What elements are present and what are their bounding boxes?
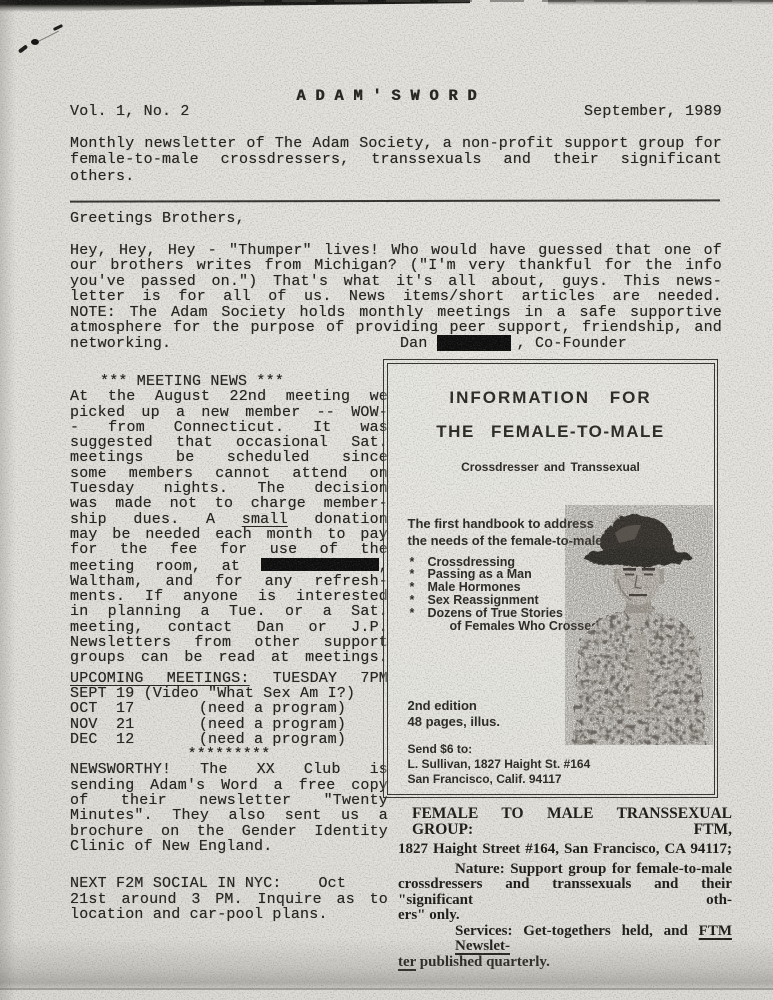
description-line: female-to-male crossdressers, transsexua… — [70, 152, 722, 168]
ad-edition-block: 2nd edition 48 pages, illus. — [408, 698, 501, 730]
handbook-ad-box: INFORMATION FOR THE FEMALE-TO-MALE Cross… — [383, 359, 718, 798]
social-line: NEXT F2M SOCIAL IN NYC: Oct — [70, 876, 388, 891]
greeting-line: atmosphere for the purpose of providing … — [70, 320, 722, 335]
news-line-redacted: meeting room, at , — [70, 558, 388, 574]
upcoming-meetings-section: UPCOMING MEETINGS: TUESDAY 7PM SEPT 19 (… — [70, 671, 388, 763]
redaction-box: , — [261, 558, 388, 575]
signature-line: networking.Dan, Co-Founder — [70, 335, 722, 351]
description-line: others. — [70, 169, 722, 185]
greeting-paragraph: Hey, Hey, Hey - "Thumper" lives! Who wou… — [70, 243, 722, 351]
newsworthy-line: sending Adam's Word a free copy — [70, 778, 388, 793]
newsworthy-line: NEWSWORTHY! The XX Club is — [70, 762, 388, 777]
greeting-line: Hey, Hey, Hey - "Thumper" lives! Who wou… — [70, 243, 722, 258]
scanned-newsletter-page: A D A M ' S W O R D Vol. 1, No. 2 Septem… — [0, 0, 773, 1000]
news-line: suggested that occasional Sat. — [70, 435, 388, 450]
ad-pages: 48 pages, illus. — [408, 714, 501, 730]
news-line: may be needed each month to pay — [70, 527, 388, 542]
news-line: meetings be scheduled since — [70, 450, 388, 465]
news-line-underlined-word: ship dues. A small donation — [70, 512, 388, 527]
news-line: groups can be read at meetings. — [70, 650, 388, 665]
ftm-group-name: FEMALE TO MALE TRANSSEXUAL GROUP: FTM, — [398, 806, 732, 837]
stars-divider: ********* — [70, 747, 388, 762]
left-column: *** MEETING NEWS *** At the August 22nd … — [70, 374, 388, 922]
pen-stroke-icon — [37, 31, 59, 43]
news-line: Waltham, and for any refresh- — [70, 574, 388, 589]
issue-row: Vol. 1, No. 2 September, 1989 — [70, 104, 722, 119]
newsworthy-section: NEWSWORTHY! The XX Club is sending Adam'… — [70, 762, 388, 854]
greeting-line: letter is for all of us. News items/shor… — [70, 289, 722, 304]
ad-order-line: L. Sullivan, 1827 Haight St. #164 — [408, 757, 591, 772]
divider-rule — [70, 199, 720, 202]
newsworthy-line: of their newsletter "Twenty — [70, 793, 388, 808]
news-line: meeting, contact Dan or J.P. — [70, 620, 388, 635]
bullet-label: Passing as a Man — [428, 567, 532, 581]
news-line: Tuesday nights. The decision — [70, 481, 388, 496]
news-line: for the fee for use of the — [70, 542, 388, 557]
news-text: meeting room, at — [70, 558, 240, 575]
signature-title: , Co-Founder — [517, 336, 627, 351]
section-heading-meeting-news: *** MEETING NEWS *** — [70, 374, 388, 389]
pen-mark-icon — [18, 44, 28, 53]
ftm-group-address: 1827 Haight Street #164, San Francisco, … — [398, 842, 732, 858]
schedule-row: NOV 21 (need a program) — [70, 717, 388, 732]
upcoming-heading: UPCOMING MEETINGS: TUESDAY 7PM — [70, 671, 388, 686]
signature-prefix: networking. — [70, 336, 171, 351]
scan-line-bottom — [0, 988, 773, 990]
ad-edition: 2nd edition — [408, 698, 501, 714]
greeting-line: our brothers writes from Michigan? ("I'm… — [70, 258, 722, 273]
bullet-label: Male Hormones — [428, 580, 521, 594]
ad-title-line1: INFORMATION FOR — [388, 388, 714, 408]
ftm-nature-line: crossdressers and transsexuals and their… — [398, 877, 732, 908]
social-line: 21st around 3 PM. Inquire as to — [70, 892, 388, 907]
scan-edge-shadow-top-right — [548, 0, 773, 5]
signature-right: Dan, Co-Founder — [400, 335, 627, 351]
news-line: picked up a new member -- WOW- — [70, 405, 388, 420]
redaction-box — [437, 335, 511, 351]
news-line: Newsletters from other support — [70, 635, 388, 650]
ad-subtitle: Crossdresser and Transsexual — [388, 460, 714, 474]
newsworthy-line: brochure on the Gender Identity — [70, 824, 388, 839]
description-line: Monthly newsletter of The Adam Society, … — [70, 136, 722, 152]
greeting-line: NOTE: The Adam Society holds monthly mee… — [70, 305, 722, 320]
news-line: in planning a Tue. or a Sat. — [70, 604, 388, 619]
schedule-row: DEC 12 (need a program) — [70, 732, 388, 747]
ad-title-line2: THE FEMALE-TO-MALE — [388, 422, 714, 442]
f2m-social-section: NEXT F2M SOCIAL IN NYC: Oct 21st around … — [70, 876, 388, 922]
bullet-label: Sex Reassignment — [428, 593, 539, 607]
ftm-nature-line: ers" only. — [398, 908, 732, 924]
volume-label: Vol. 1, No. 2 — [70, 104, 190, 119]
ad-order-block: Send $6 to: L. Sullivan, 1827 Haight St.… — [408, 742, 591, 787]
salutation: Greetings Brothers, — [70, 211, 245, 226]
signature-name: Dan — [400, 336, 428, 351]
scan-shadow-bottom — [0, 938, 773, 990]
newsletter-description: Monthly newsletter of The Adam Society, … — [70, 136, 722, 185]
bullet-label: Crossdressing — [428, 555, 516, 569]
issue-date: September, 1989 — [584, 104, 722, 119]
bullet-label: Dozens of True Stories — [428, 606, 563, 620]
newsworthy-line: Minutes". They also sent us a — [70, 808, 388, 823]
social-line: location and car-pool plans. — [70, 907, 388, 922]
greeting-line: you've passed on.") That's what it's all… — [70, 274, 722, 289]
ad-order-line: San Francisco, Calif. 94117 — [408, 772, 591, 787]
ftm-nature-line: Nature: Support group for female-to-male — [398, 862, 732, 878]
scan-edge-shadow-top-left — [0, 0, 470, 14]
schedule-row: OCT 17 (need a program) — [70, 701, 388, 716]
handbook-ad-inner-border: INFORMATION FOR THE FEMALE-TO-MALE Cross… — [387, 363, 715, 795]
newsworthy-line: Clinic of New England. — [70, 839, 388, 854]
news-line: ments. If anyone is interested — [70, 589, 388, 604]
news-line: was made not to charge member- — [70, 496, 388, 511]
ad-order-line: Send $6 to: — [408, 742, 591, 757]
scan-edge-shadow-left — [0, 0, 16, 1000]
schedule-row: SEPT 19 (Video "What Sex Am I?) — [70, 686, 388, 701]
news-line: At the August 22nd meeting we — [70, 389, 388, 404]
man-in-fedora-photo — [565, 505, 713, 745]
ftm-services-text: Services: Get-togethers held, and — [455, 923, 699, 939]
news-line: - from Connecticut. It was — [70, 420, 388, 435]
news-line: some members cannot attend on — [70, 466, 388, 481]
asterisk-icon: * — [410, 607, 428, 620]
